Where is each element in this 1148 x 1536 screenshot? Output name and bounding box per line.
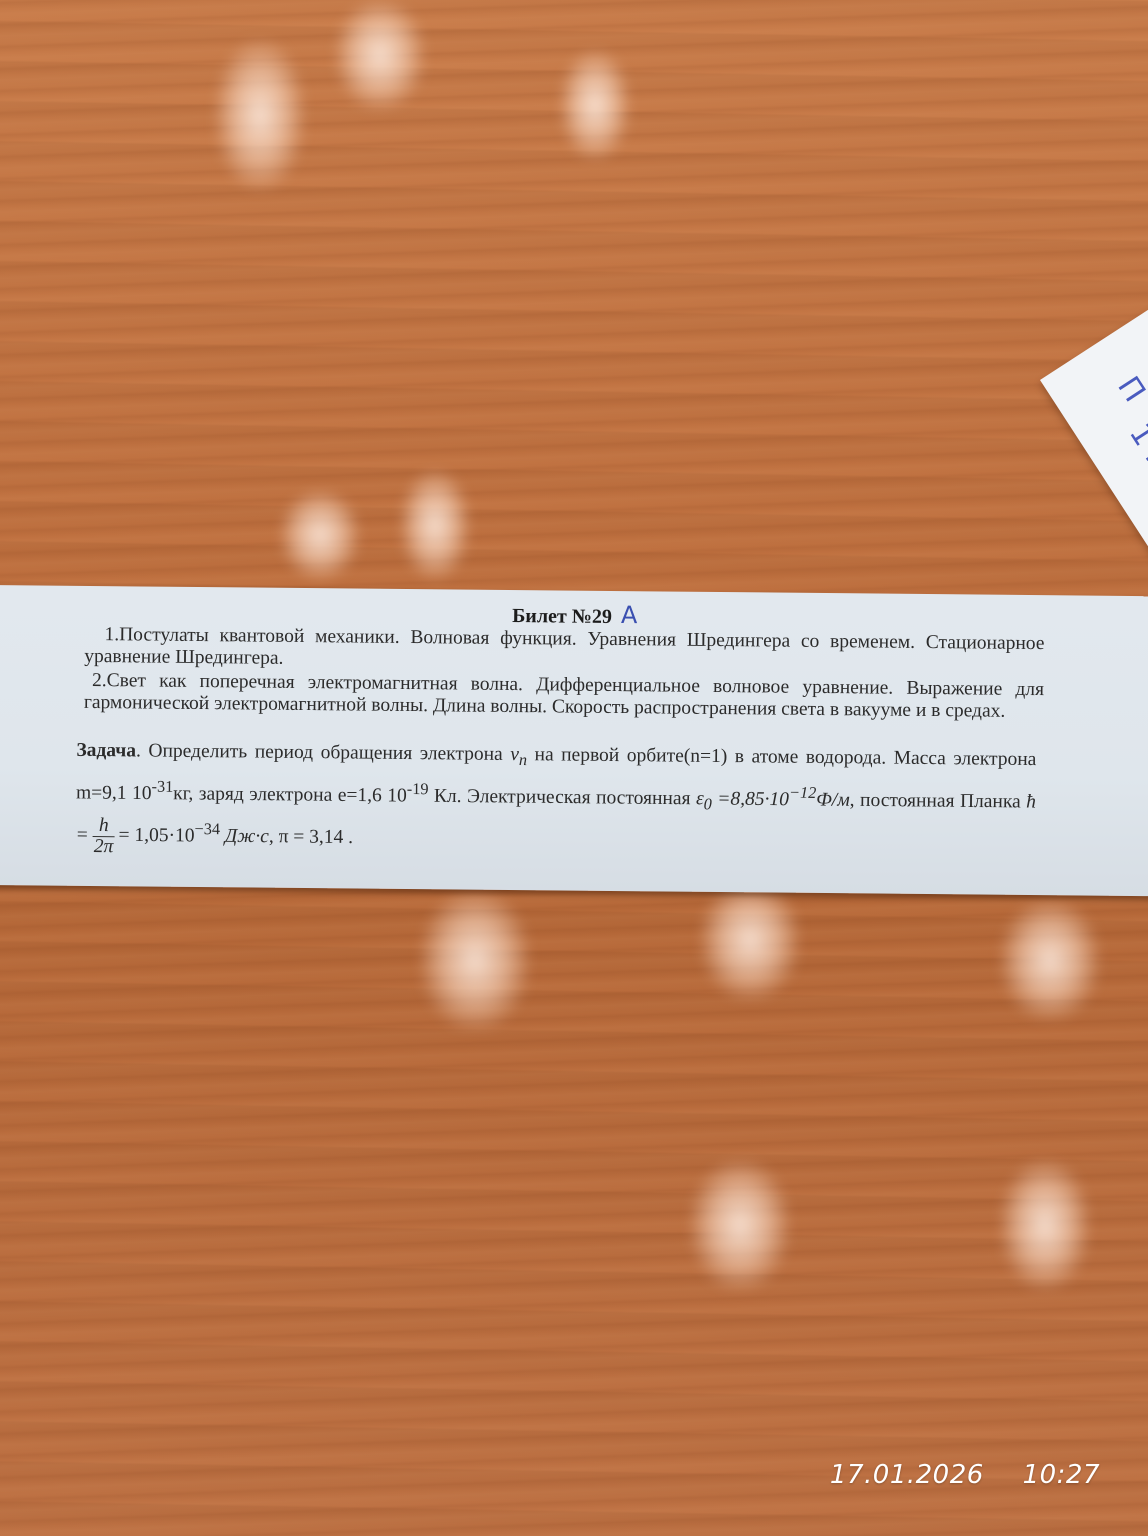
exam-ticket: Билет №29 А 1.Постулаты квантовой механи… xyxy=(0,585,1148,896)
question-1: 1.Постулаты квантовой механики. Волновая… xyxy=(84,624,1044,677)
light-reflection xyxy=(700,880,800,1000)
light-reflection xyxy=(420,890,530,1030)
photo-timestamp: 17.01.2026 10:27 xyxy=(830,1460,1100,1490)
hbar-unit: Дж·с xyxy=(220,826,269,847)
side-note-mark-bottom: 1 П xyxy=(1122,417,1148,479)
light-reflection xyxy=(280,490,360,580)
light-reflection xyxy=(560,50,630,160)
fraction-numerator: h xyxy=(93,816,115,837)
hbar-value: = 1,05·10 xyxy=(118,825,194,847)
ticket-number: Билет №29 xyxy=(512,605,612,628)
task-text-segment: кг, заряд электрона e=1,6 10 xyxy=(173,783,407,806)
light-reflection xyxy=(400,470,470,580)
epsilon-symbol: ε xyxy=(696,788,704,809)
light-reflection xyxy=(1000,1160,1090,1290)
pi-value: , π = 3,14 . xyxy=(269,826,353,848)
task-label: Задача xyxy=(76,740,136,762)
side-note-paper: П 1 П xyxy=(1040,271,1148,598)
velocity-subscript: n xyxy=(519,751,527,769)
h-over-2pi-fraction: h2π xyxy=(93,816,115,857)
fraction-denominator: 2π xyxy=(93,837,115,857)
velocity-symbol: v xyxy=(510,744,519,765)
task-text-segment: , постоянная Планка xyxy=(850,790,1027,813)
light-reflection xyxy=(215,40,305,190)
task-text-segment: Кл. Электрическая постоянная xyxy=(428,786,696,810)
charge-exponent: -19 xyxy=(407,780,429,798)
epsilon-exponent: −12 xyxy=(789,784,816,802)
epsilon-unit: Ф/м xyxy=(816,789,850,810)
hbar-exponent: −34 xyxy=(195,820,221,838)
timestamp-time: 10:27 xyxy=(1023,1460,1100,1490)
epsilon-subscript: 0 xyxy=(704,795,712,813)
timestamp-date: 17.01.2026 xyxy=(830,1460,984,1490)
mass-exponent: -31 xyxy=(152,777,174,795)
light-reflection xyxy=(1000,900,1100,1020)
task-text: Задача. Определить период обращения элек… xyxy=(75,736,1036,866)
epsilon-value: =8,85·10 xyxy=(712,788,789,810)
side-note-mark-top: П xyxy=(1110,370,1148,408)
handwritten-variant-mark: А xyxy=(621,601,638,629)
light-reflection xyxy=(335,0,425,110)
question-2: 2.Свет как поперечная электромагнитная в… xyxy=(84,670,1044,723)
task-text-segment: . Определить период обращения электрона xyxy=(136,740,503,765)
light-reflection xyxy=(690,1160,790,1290)
